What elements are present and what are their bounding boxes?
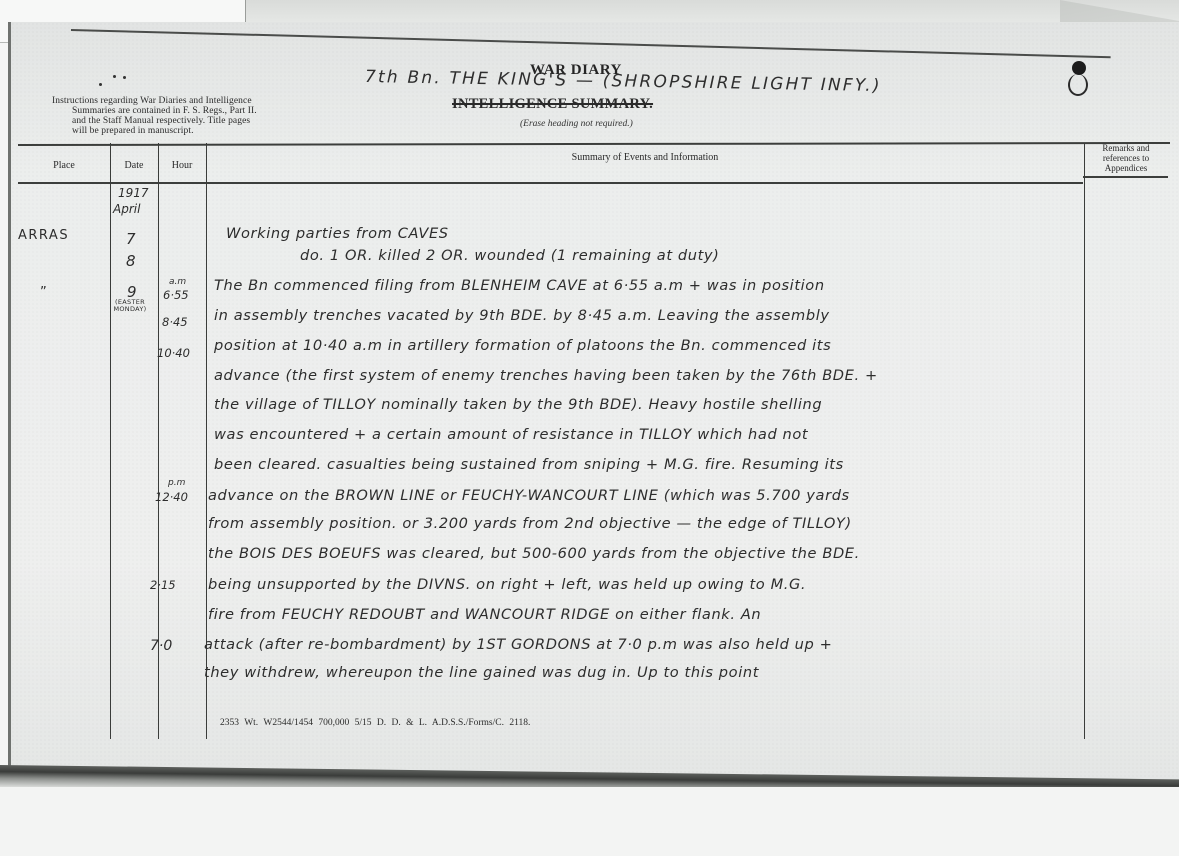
summary-line: the BOIS DES BOEUFS was cleared, but 500…: [208, 545, 860, 562]
summary-line: being unsupported by the DIVNS. on right…: [208, 576, 806, 593]
date-month: April: [113, 202, 140, 216]
instructions-line: will be prepared in manuscript.: [52, 126, 322, 136]
hour-entry: 6·55: [163, 288, 189, 302]
hour-entry: 8·45: [162, 315, 188, 329]
summary-line: was encountered + a certain amount of re…: [214, 426, 808, 443]
ink-speck: [99, 83, 102, 86]
summary-line: advance (the first system of enemy trenc…: [214, 367, 878, 384]
column-header-remarks: Remarks and references to Appendices: [1084, 143, 1168, 173]
erase-note: (Erase heading not required.): [520, 119, 633, 129]
column-header-hour: Hour: [158, 160, 206, 171]
ink-speck: [123, 76, 126, 79]
struck-heading: INTELLIGENCE SUMMARY.: [452, 96, 653, 113]
summary-line: The Bn commenced filing from BLENHEIM CA…: [214, 277, 825, 294]
place-ditto: ”: [40, 285, 48, 300]
date-7: 7: [126, 230, 136, 248]
summary-line: attack (after re-bombardment) by 1ST GOR…: [204, 636, 832, 653]
summary-line: position at 10·40 a.m in artillery forma…: [214, 337, 831, 354]
instructions-line: and the Staff Manual respectively. Title…: [52, 116, 322, 126]
summary-line: advance on the BROWN LINE or FEUCHY-WANC…: [208, 487, 850, 504]
column-header-summary: Summary of Events and Information: [206, 152, 1084, 163]
hour-entry: 12·40: [155, 490, 188, 504]
summary-line: fire from FEUCHY REDOUBT and WANCOURT RI…: [208, 606, 761, 623]
form-print-code: 2353 Wt. W2544/1454 700,000 5/15 D. D. &…: [220, 718, 530, 728]
header-bottom-rule: [18, 182, 1083, 184]
instructions-line: Instructions regarding War Diaries and I…: [52, 96, 322, 106]
summary-line: Working parties from CAVES: [226, 225, 449, 242]
hour-entry: 2·15: [150, 578, 176, 592]
ink-speck: [113, 75, 116, 78]
form-instructions: Instructions regarding War Diaries and I…: [52, 96, 322, 136]
hour-entry: 7·0: [150, 638, 172, 654]
place-arras: ARRAS: [18, 228, 69, 243]
remarks-header-rule: [1083, 176, 1168, 178]
ink-blot-tail: [1068, 74, 1088, 96]
table-top-rule: [18, 142, 1170, 146]
summary-line: in assembly trenches vacated by 9th BDE.…: [214, 307, 830, 324]
summary-line: been cleared. casualties being sustained…: [214, 456, 844, 473]
summary-line: they withdrew, whereupon the line gained…: [204, 664, 759, 681]
scan-background-bottom: [0, 787, 1179, 856]
column-divider: [1084, 143, 1085, 739]
column-divider: [110, 143, 111, 739]
date-8: 8: [126, 252, 136, 270]
hour-am-marker: a.m: [169, 277, 186, 287]
summary-line: the village of TILLOY nominally taken by…: [214, 396, 822, 413]
column-header-date: Date: [110, 160, 158, 171]
hour-pm-marker: p.m: [168, 478, 185, 488]
summary-line: from assembly position. or 3.200 yards f…: [208, 515, 852, 532]
summary-line: do. 1 OR. killed 2 OR. wounded (1 remain…: [300, 247, 719, 264]
page-top-rule: [71, 29, 1111, 58]
date-year: 1917: [118, 186, 149, 200]
instructions-line: Summaries are contained in F. S. Regs., …: [52, 106, 322, 116]
ink-blot-mark: [1072, 61, 1086, 75]
date-easter-monday: (EASTER MONDAY): [108, 299, 152, 313]
hour-entry: 10·40: [157, 346, 190, 360]
column-header-place: Place: [18, 160, 110, 171]
